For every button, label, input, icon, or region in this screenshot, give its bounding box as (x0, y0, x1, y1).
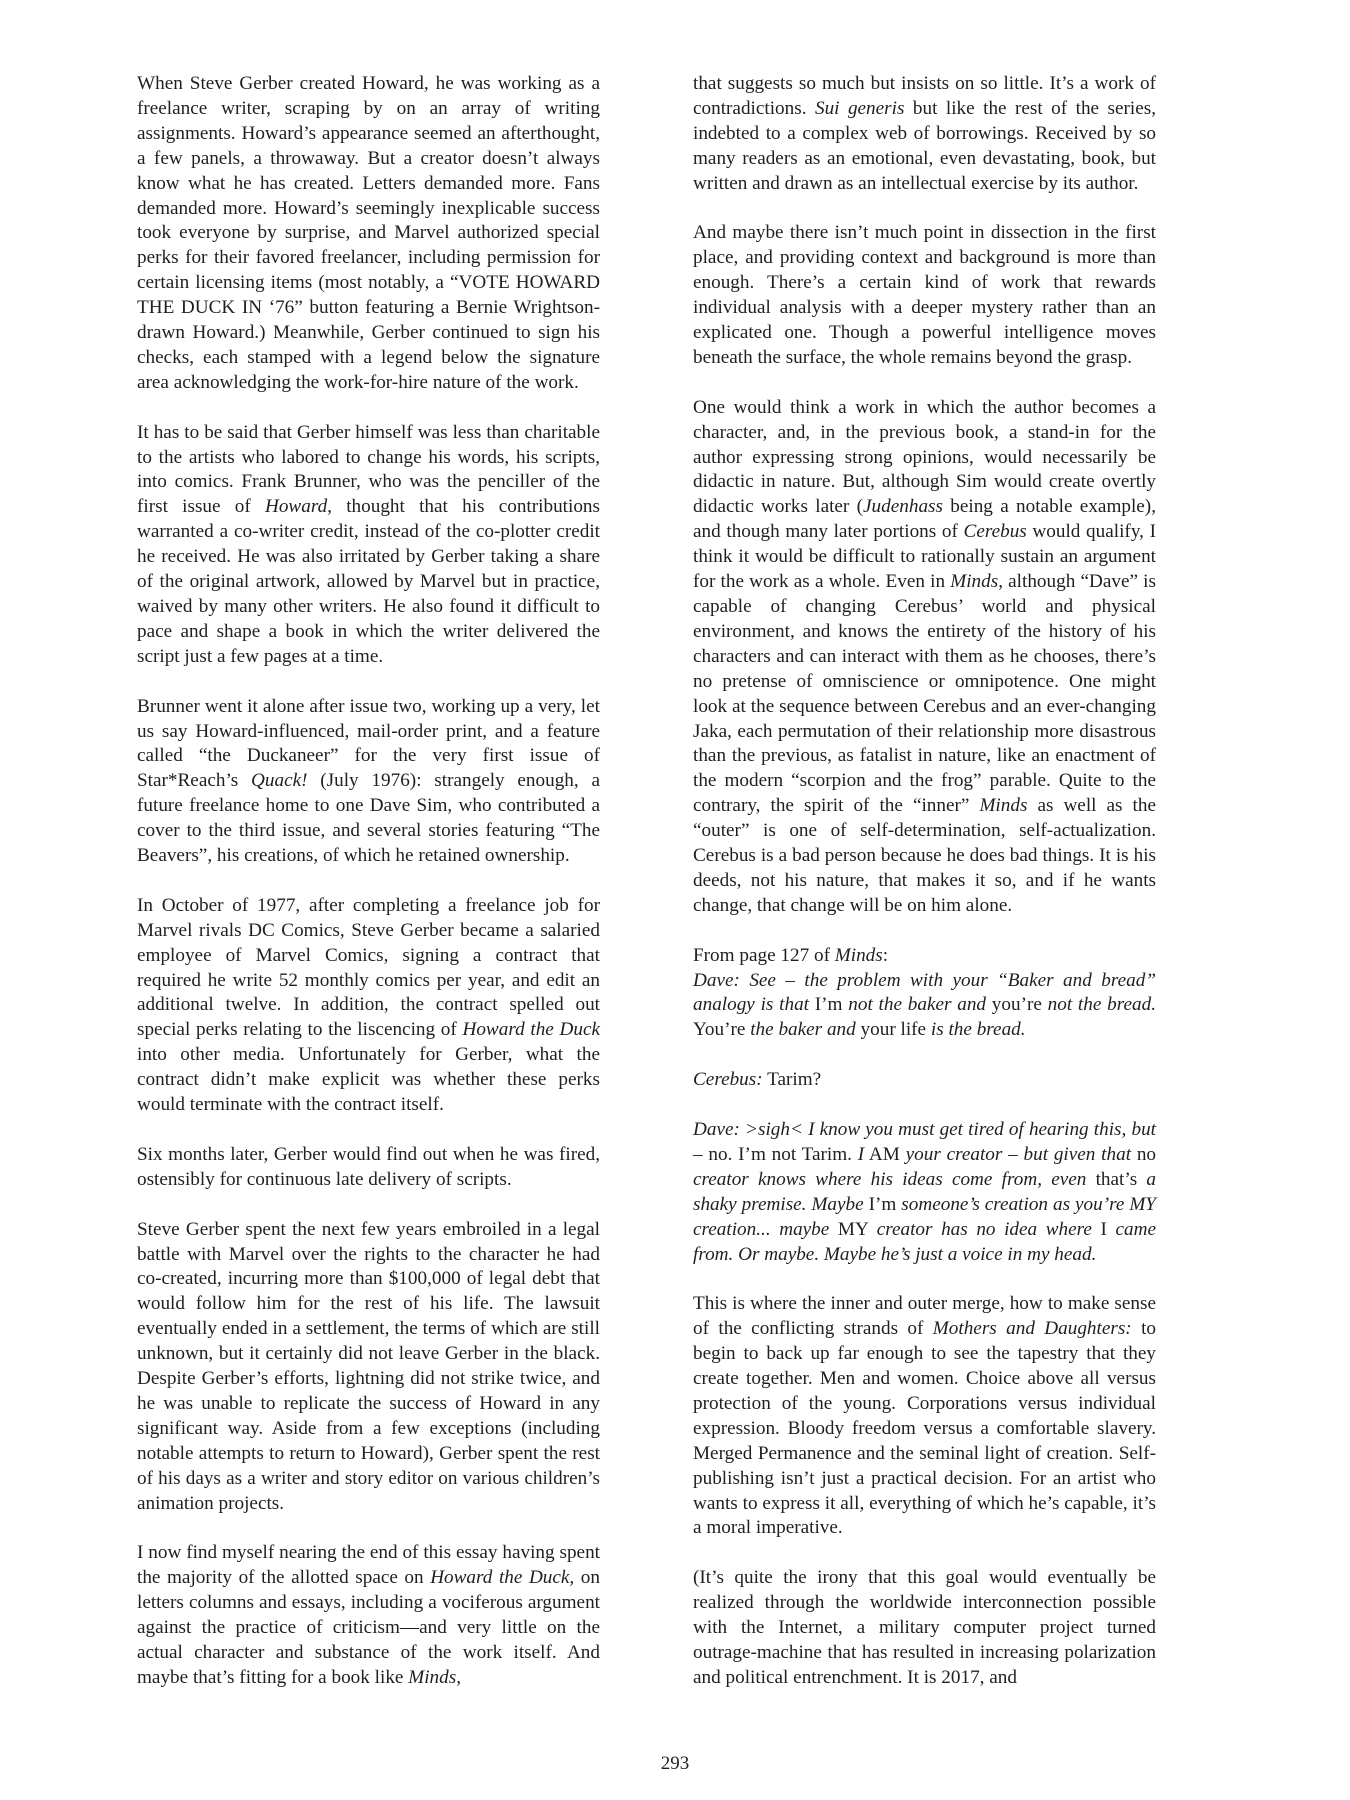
paragraph: Six months later, Gerber would find out … (137, 1143, 600, 1193)
body-text: into other media. Unfortunately for Gerb… (137, 1044, 600, 1115)
body-text: You’re (693, 1019, 750, 1040)
body-text: Steve Gerber spent the next few years em… (137, 1219, 600, 1514)
italic-text: Howard the Duck (462, 1019, 600, 1040)
italic-text: Minds (979, 795, 1027, 816)
body-text: Tarim? (763, 1069, 822, 1090)
body-text: When Steve Gerber created Howard, he was… (137, 73, 600, 393)
italic-text: Cerebus (964, 521, 1027, 542)
body-text: thought that his contributions warranted… (137, 496, 600, 666)
paragraph: One would think a work in which the auth… (693, 396, 1156, 919)
italic-text: Dave: >sigh< I know you must get tired o… (693, 1119, 1156, 1140)
italic-text: Minds (950, 571, 998, 592)
paragraph: Brunner went it alone after issue two, w… (137, 695, 600, 869)
paragraph: In October of 1977, after completing a f… (137, 894, 600, 1118)
paragraph: Steve Gerber spent the next few years em… (137, 1218, 600, 1517)
paragraph: From page 127 of Minds: (693, 944, 1156, 969)
italic-text: creator has no idea where (877, 1219, 1092, 1240)
right-column: that suggests so much but insists on so … (693, 72, 1156, 1716)
italic-text: Howard, (265, 496, 332, 517)
italic-text: creator knows where his ideas come from,… (693, 1169, 1086, 1190)
paragraph: This is where the inner and outer merge,… (693, 1292, 1156, 1541)
paragraph: Cerebus: Tarim? (693, 1068, 1156, 1093)
body-text: to begin to back up far enough to see th… (693, 1318, 1156, 1538)
italic-text: Howard the Duck, (430, 1567, 574, 1588)
italic-text: Cerebus: (693, 1069, 763, 1090)
italic-text: is the bread. (931, 1019, 1026, 1040)
paragraph: (It’s quite the irony that this goal wou… (693, 1566, 1156, 1691)
paragraph: Dave: See – the problem with your “Baker… (693, 969, 1156, 1044)
italic-text: Judenhass (863, 496, 943, 517)
italic-text: Mothers and Daughters: (933, 1318, 1132, 1339)
italic-text: not the baker and (848, 994, 992, 1015)
paragraph: that suggests so much but insists on so … (693, 72, 1156, 197)
italic-text: the baker and (750, 1019, 860, 1040)
italic-text: not the bread. (1048, 994, 1156, 1015)
body-text: From page 127 of (693, 945, 835, 966)
body-text: that’s (1086, 1169, 1146, 1190)
body-text: no (1131, 1144, 1156, 1165)
italic-text: Minds, (408, 1667, 461, 1688)
body-text: (It’s quite the irony that this goal wou… (693, 1567, 1156, 1688)
left-column: When Steve Gerber created Howard, he was… (137, 72, 600, 1716)
body-text: Six months later, Gerber would find out … (137, 1144, 600, 1190)
paragraph: I now find myself nearing the end of thi… (137, 1541, 600, 1690)
body-text: : (883, 945, 888, 966)
body-text: you’re (992, 994, 1048, 1015)
paragraph: Dave: >sigh< I know you must get tired o… (693, 1118, 1156, 1267)
italic-text: Quack! (251, 770, 307, 791)
body-text: MY (829, 1219, 876, 1240)
italic-text: your creator – but given that (906, 1144, 1131, 1165)
body-text: I’m (864, 1194, 902, 1215)
body-text: I (1092, 1219, 1116, 1240)
body-text: AM (864, 1144, 905, 1165)
book-page: When Steve Gerber created Howard, he was… (0, 0, 1350, 1800)
page-number: 293 (0, 1752, 1350, 1776)
body-text: And maybe there isn’t much point in diss… (693, 222, 1156, 368)
italic-text: Minds (835, 945, 883, 966)
paragraph: And maybe there isn’t much point in diss… (693, 221, 1156, 370)
body-text: your life (861, 1019, 931, 1040)
paragraph: It has to be said that Gerber himself wa… (137, 421, 600, 670)
paragraph: When Steve Gerber created Howard, he was… (137, 72, 600, 396)
body-text: I’m (815, 994, 848, 1015)
body-text: – no. I’m not Tarim. (693, 1144, 858, 1165)
italic-text: Sui generis (815, 98, 904, 119)
body-text: , although “Dave” is capable of changing… (693, 571, 1156, 816)
